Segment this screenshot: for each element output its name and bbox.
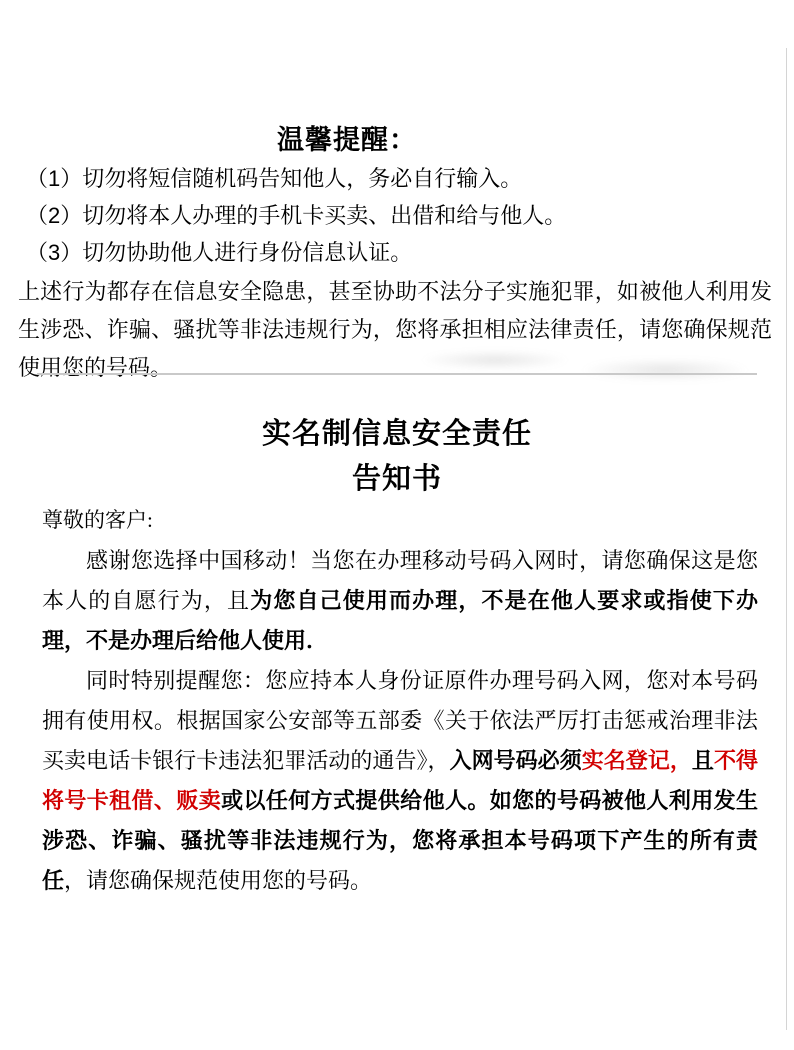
- document-title: 实名制信息安全责任 告知书: [0, 412, 794, 502]
- scan-smudge: [580, 358, 750, 382]
- notice-item-2: （2）切勿将本人办理的手机卡买卖、出借和给与他人。: [26, 197, 794, 234]
- paragraph-1: 感谢您选择中国移动！当您在办理移动号码入网时，请您确保这是您本人的自愿行为，且为…: [42, 541, 758, 661]
- notice-title: 温馨提醒：: [0, 124, 694, 156]
- section-divider: [37, 373, 757, 375]
- salutation: 尊敬的客户:: [42, 506, 153, 534]
- notice-item-3: （3）切勿协助他人进行身份信息认证。: [26, 234, 794, 271]
- document-body: 感谢您选择中国移动！当您在办理移动号码入网时，请您确保这是您本人的自愿行为，且为…: [42, 541, 758, 901]
- page: { "notice": { "title": "温馨提醒：", "items":…: [0, 0, 794, 1050]
- para2-bold-text-2: 且: [692, 748, 714, 773]
- notice-section: 温馨提醒： （1）切勿将短信随机码告知他人，务必自行输入。 （2）切勿将本人办理…: [0, 124, 794, 387]
- notice-item-list: （1）切勿将短信随机码告知他人，务必自行输入。 （2）切勿将本人办理的手机卡买卖…: [0, 160, 794, 271]
- page-edge-line: [786, 48, 787, 1030]
- scan-smudge: [420, 350, 570, 370]
- document-title-line2: 告知书: [0, 457, 794, 502]
- para2-bold-text-1: 入网号码必须: [450, 748, 582, 773]
- notice-item-1: （1）切勿将短信随机码告知他人，务必自行输入。: [26, 160, 794, 197]
- paragraph-2: 同时特别提醒您：您应持本人身份证原件办理号码入网，您对本号码拥有使用权。根据国家…: [42, 661, 758, 901]
- para2-closing-text: ，请您确保规范使用您的号码。: [64, 868, 372, 893]
- document-title-line1: 实名制信息安全责任: [0, 412, 794, 457]
- para2-red-text-1: 实名登记，: [582, 748, 692, 773]
